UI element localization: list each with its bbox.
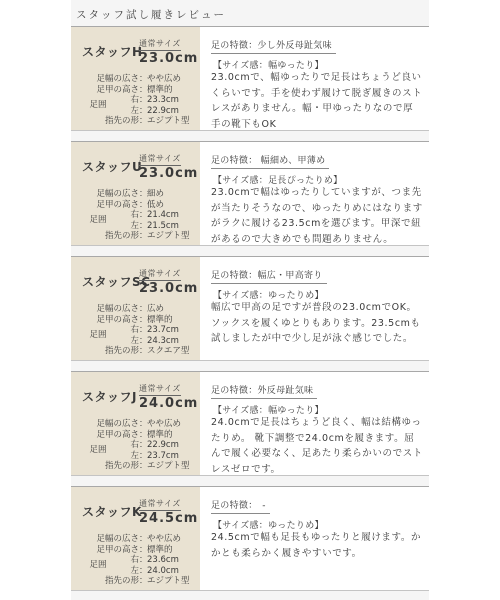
right-label: 右: [117, 210, 139, 221]
separator: ：: [139, 534, 147, 545]
separator: ：: [139, 221, 147, 232]
toe-shape-row: 指先の形 ： エジプト型: [79, 116, 197, 127]
right-label: 右: [117, 325, 139, 336]
review-card: スタッフSC 通常サイズ 23.0cm 足幅の広さ ： 広め 足甲の高さ ： 標…: [71, 256, 429, 361]
toe-shape-value: スクエア型: [147, 346, 189, 357]
foot-width-label: 足幅の広さ: [79, 534, 139, 545]
foot-width-value: やや広め: [147, 419, 181, 430]
foot-feature: 足の特徴：幅広・甲高寄り: [211, 268, 327, 284]
separator: ：: [139, 116, 147, 127]
instep-height-value: 標準的: [147, 85, 173, 96]
separator: ：: [139, 315, 147, 326]
instep-height-label: 足甲の高さ: [79, 200, 139, 211]
separator: ：: [139, 200, 147, 211]
instep-height-label: 足甲の高さ: [79, 85, 139, 96]
girth-right-value: 23.6cm: [147, 555, 179, 566]
foot-feature: 足の特徴：少し外反母趾気味: [211, 38, 336, 54]
girth-label: 足囲: [79, 210, 117, 231]
foot-width-label: 足幅の広さ: [79, 419, 139, 430]
foot-specs: 足幅の広さ ： 広め 足甲の高さ ： 標準的 足囲 右 ： 23.7cm: [79, 304, 197, 357]
girth-label: 足囲: [79, 95, 117, 116]
girth-label: 足囲: [79, 325, 117, 346]
foot-width-row: 足幅の広さ ： 細め: [79, 189, 197, 200]
usual-size-value: 23.0cm: [139, 166, 198, 181]
usual-size-value: 24.5cm: [139, 511, 198, 526]
separator: ：: [139, 419, 147, 430]
girth-left-value: 24.0cm: [147, 566, 179, 577]
staff-profile: スタッフH 通常サイズ 23.0cm 足幅の広さ ： やや広め 足甲の高さ ： …: [71, 27, 200, 130]
toe-shape-value: エジプト型: [147, 231, 190, 242]
girth-left-value: 24.3cm: [147, 336, 179, 347]
left-label: 左: [117, 451, 139, 462]
foot-feature: 足の特徴： -: [211, 498, 270, 514]
girth-row: 足囲 右 ： 23.3cm 左 ： 22.9cm: [79, 95, 197, 116]
foot-width-label: 足幅の広さ: [79, 189, 139, 200]
girth-left-value: 22.9cm: [147, 106, 179, 117]
staff-profile: スタッフSC 通常サイズ 23.0cm 足幅の広さ ： 広め 足甲の高さ ： 標…: [71, 257, 200, 360]
toe-shape-value: エジプト型: [147, 116, 190, 127]
instep-height-row: 足甲の高さ ： 標準的: [79, 315, 197, 326]
separator: ：: [139, 440, 147, 451]
review-comment: 24.0cmで足長はちょうど良く、幅は結構ゆったりめ。 靴下調整で24.0cmを…: [211, 415, 423, 477]
separator: ：: [139, 189, 147, 200]
separator: ：: [139, 231, 147, 242]
review-body: 足の特徴： - 【サイズ感：ゆったりめ】 24.5cmで幅も足長もゆったりと履け…: [200, 487, 429, 590]
girth-label: 足囲: [79, 440, 117, 461]
usual-size-label: 通常サイズ: [139, 268, 181, 281]
left-label: 左: [117, 566, 139, 577]
separator: ：: [139, 304, 147, 315]
review-body: 足の特徴：幅広・甲高寄り 【サイズ感：ゆったりめ】 幅広で甲高の足ですが普段の2…: [200, 257, 429, 360]
foot-width-row: 足幅の広さ ： やや広め: [79, 74, 197, 85]
review-card: スタッフK 通常サイズ 24.5cm 足幅の広さ ： やや広め 足甲の高さ ： …: [71, 486, 429, 591]
instep-height-value: 低め: [147, 200, 164, 211]
review-card: スタッフU 通常サイズ 23.0cm 足幅の広さ ： 細め 足甲の高さ ： 低め…: [71, 141, 429, 246]
usual-size-label: 通常サイズ: [139, 498, 181, 511]
review-body: 足の特徴：少し外反母趾気味 【サイズ感：幅ゆったり】 23.0cmで、幅ゆったり…: [200, 27, 429, 130]
toe-shape-label: 指先の形: [79, 461, 139, 472]
foot-specs: 足幅の広さ ： やや広め 足甲の高さ ： 標準的 足囲 右 ： 22.9cm: [79, 419, 197, 472]
separator: ：: [139, 576, 147, 587]
foot-specs: 足幅の広さ ： やや広め 足甲の高さ ： 標準的 足囲 右 ： 23.6cm: [79, 534, 197, 587]
separator: ：: [139, 555, 147, 566]
foot-width-value: 細め: [147, 189, 164, 200]
staff-profile: スタッフU 通常サイズ 23.0cm 足幅の広さ ： 細め 足甲の高さ ： 低め…: [71, 142, 200, 245]
girth-row: 足囲 右 ： 23.6cm 左 ： 24.0cm: [79, 555, 197, 576]
foot-width-row: 足幅の広さ ： 広め: [79, 304, 197, 315]
right-label: 右: [117, 555, 139, 566]
review-body: 足の特徴：外反母趾気味 【サイズ感：幅ゆったり】 24.0cmで足長はちょうど良…: [200, 372, 429, 475]
instep-height-row: 足甲の高さ ： 標準的: [79, 545, 197, 556]
separator: ：: [139, 346, 147, 357]
staff-profile: スタッフK 通常サイズ 24.5cm 足幅の広さ ： やや広め 足甲の高さ ： …: [71, 487, 200, 590]
right-label: 右: [117, 440, 139, 451]
girth-row: 足囲 右 ： 21.4cm 左 ： 21.5cm: [79, 210, 197, 231]
left-label: 左: [117, 221, 139, 232]
toe-shape-value: エジプト型: [147, 461, 190, 472]
staff-name: スタッフJ: [82, 388, 137, 405]
separator: ：: [139, 566, 147, 577]
instep-height-label: 足甲の高さ: [79, 545, 139, 556]
toe-shape-label: 指先の形: [79, 576, 139, 587]
toe-shape-label: 指先の形: [79, 231, 139, 242]
separator: ：: [139, 430, 147, 441]
toe-shape-row: 指先の形 ： スクエア型: [79, 346, 197, 357]
review-comment: 23.0cmで幅はゆったりしていますが、つま先が当たりそうなので、ゆったりめには…: [211, 185, 423, 247]
girth-left-value: 23.7cm: [147, 451, 179, 462]
toe-shape-row: 指先の形 ： エジプト型: [79, 461, 197, 472]
separator: ：: [139, 85, 147, 96]
separator: ：: [139, 325, 147, 336]
instep-height-row: 足甲の高さ ： 標準的: [79, 430, 197, 441]
girth-left-value: 21.5cm: [147, 221, 179, 232]
staff-name: スタッフU: [82, 158, 142, 175]
toe-shape-row: 指先の形 ： エジプト型: [79, 231, 197, 242]
girth-label: 足囲: [79, 555, 117, 576]
toe-shape-label: 指先の形: [79, 116, 139, 127]
foot-width-label: 足幅の広さ: [79, 74, 139, 85]
girth-row: 足囲 右 ： 22.9cm 左 ： 23.7cm: [79, 440, 197, 461]
girth-right-value: 23.7cm: [147, 325, 179, 336]
foot-width-label: 足幅の広さ: [79, 304, 139, 315]
girth-right-value: 22.9cm: [147, 440, 179, 451]
page-title: スタッフ試し履きレビュー: [76, 7, 226, 22]
instep-height-label: 足甲の高さ: [79, 315, 139, 326]
review-body: 足の特徴： 幅細め、甲薄め 【サイズ感：足長ぴったりめ】 23.0cmで幅はゆっ…: [200, 142, 429, 245]
instep-height-label: 足甲の高さ: [79, 430, 139, 441]
review-comment: 幅広で甲高の足ですが普段の23.0cmでOK。ソックスを履くゆとりもあります。2…: [211, 300, 423, 347]
instep-height-row: 足甲の高さ ： 低め: [79, 200, 197, 211]
foot-width-row: 足幅の広さ ： やや広め: [79, 534, 197, 545]
right-label: 右: [117, 95, 139, 106]
review-card: スタッフJ 通常サイズ 24.0cm 足幅の広さ ： やや広め 足甲の高さ ： …: [71, 371, 429, 476]
girth-right-value: 23.3cm: [147, 95, 179, 106]
review-comment: 24.5cmで幅も足長もゆったりと履けます。かかとも柔らかく履きやすいです。: [211, 530, 423, 561]
staff-profile: スタッフJ 通常サイズ 24.0cm 足幅の広さ ： やや広め 足甲の高さ ： …: [71, 372, 200, 475]
girth-row: 足囲 右 ： 23.7cm 左 ： 24.3cm: [79, 325, 197, 346]
staff-name: スタッフH: [82, 43, 143, 60]
separator: ：: [139, 106, 147, 117]
foot-feature: 足の特徴： 幅細め、甲薄め: [211, 153, 329, 169]
foot-width-row: 足幅の広さ ： やや広め: [79, 419, 197, 430]
separator: ：: [139, 451, 147, 462]
usual-size-value: 24.0cm: [139, 396, 198, 411]
girth-right-value: 21.4cm: [147, 210, 179, 221]
instep-height-value: 標準的: [147, 430, 173, 441]
usual-size-label: 通常サイズ: [139, 38, 181, 51]
staff-name: スタッフK: [82, 503, 142, 520]
usual-size-value: 23.0cm: [139, 281, 198, 296]
separator: ：: [139, 336, 147, 347]
separator: ：: [139, 545, 147, 556]
foot-width-value: やや広め: [147, 534, 181, 545]
foot-specs: 足幅の広さ ： やや広め 足甲の高さ ： 標準的 足囲 右 ： 23.3cm: [79, 74, 197, 127]
foot-width-value: 広め: [147, 304, 164, 315]
usual-size-label: 通常サイズ: [139, 153, 181, 166]
instep-height-value: 標準的: [147, 315, 173, 326]
toe-shape-row: 指先の形 ： エジプト型: [79, 576, 197, 587]
separator: ：: [139, 74, 147, 85]
review-comment: 23.0cmで、幅ゆったりで足長はちょうど良いくらいです。手を使わず履けて脱ぎ履…: [211, 70, 423, 132]
instep-height-row: 足甲の高さ ： 標準的: [79, 85, 197, 96]
instep-height-value: 標準的: [147, 545, 173, 556]
left-label: 左: [117, 336, 139, 347]
foot-width-value: やや広め: [147, 74, 181, 85]
usual-size-label: 通常サイズ: [139, 383, 181, 396]
toe-shape-value: エジプト型: [147, 576, 190, 587]
foot-specs: 足幅の広さ ： 細め 足甲の高さ ： 低め 足囲 右 ： 21.4cm: [79, 189, 197, 242]
separator: ：: [139, 461, 147, 472]
usual-size-value: 23.0cm: [139, 51, 198, 66]
left-label: 左: [117, 106, 139, 117]
foot-feature: 足の特徴：外反母趾気味: [211, 383, 317, 399]
separator: ：: [139, 95, 147, 106]
toe-shape-label: 指先の形: [79, 346, 139, 357]
separator: ：: [139, 210, 147, 221]
review-card: スタッフH 通常サイズ 23.0cm 足幅の広さ ： やや広め 足甲の高さ ： …: [71, 26, 429, 131]
